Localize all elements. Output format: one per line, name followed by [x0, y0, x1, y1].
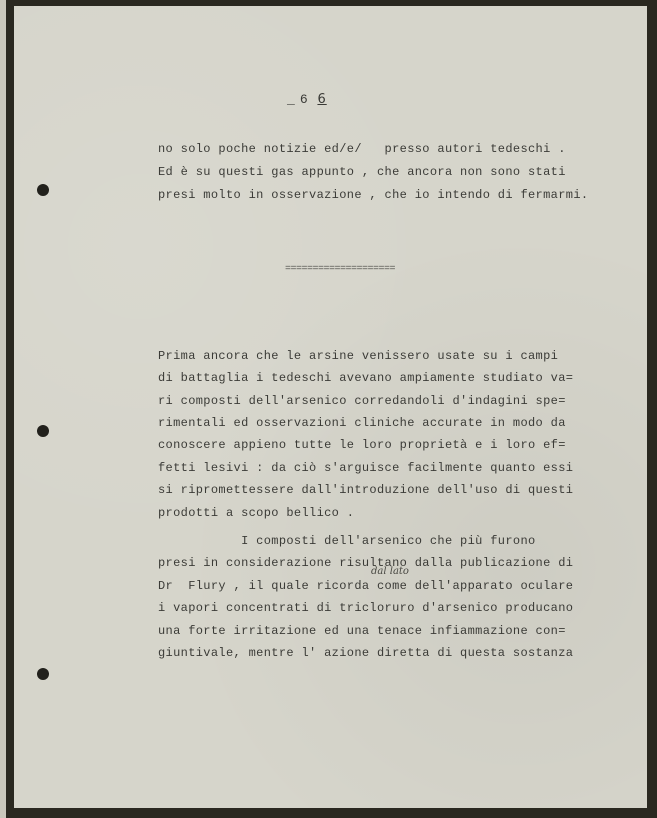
punch-hole: [37, 425, 49, 437]
text-line: una forte irritazione ed una tenace infi…: [158, 624, 566, 638]
previous-page-edge: [0, 0, 6, 818]
page-number-handwritten: 6: [317, 92, 326, 107]
text-line: giuntivale, mentre l' azione diretta di …: [158, 646, 573, 660]
text-line: presi in considerazione risultano dalla …: [158, 556, 573, 570]
page-number-typed: 6: [300, 92, 309, 107]
text-line: prodotti a scopo bellico .: [158, 506, 354, 520]
text-line: di battaglia i tedeschi avevano ampiamen…: [158, 371, 573, 385]
text-line: si ripromettessere dall'introduzione del…: [158, 483, 573, 497]
text-line: fetti lesivi : da ciò s'arguisce facilme…: [158, 461, 573, 475]
text-line: no solo poche notizie ed/e/ presso autor…: [158, 142, 566, 156]
text-line: I composti dell'arsenico che più furono: [158, 534, 536, 548]
handwritten-annotation: dal lato: [371, 566, 409, 577]
text-line: presi molto in osservazione , che io int…: [158, 188, 588, 202]
text-line: ri composti dell'arsenico corredandoli d…: [158, 394, 566, 408]
punch-hole: [37, 668, 49, 680]
text-line: conoscere appieno tutte le loro propriet…: [158, 438, 566, 452]
section-separator: ====================: [285, 264, 395, 275]
punch-hole: [37, 184, 49, 196]
text-line: Prima ancora che le arsine venissero usa…: [158, 349, 558, 363]
page-number-prefix: _: [287, 92, 296, 107]
text-line: Dr Flury , il quale ricorda come dell'ap…: [158, 579, 573, 593]
text-line: rimentali ed osservazioni cliniche accur…: [158, 416, 566, 430]
text-line: i vapori concentrati di tricloruro d'ars…: [158, 601, 573, 615]
text-line: Ed è su questi gas appunto , che ancora …: [158, 165, 566, 179]
page-number: _6 6: [287, 92, 327, 107]
